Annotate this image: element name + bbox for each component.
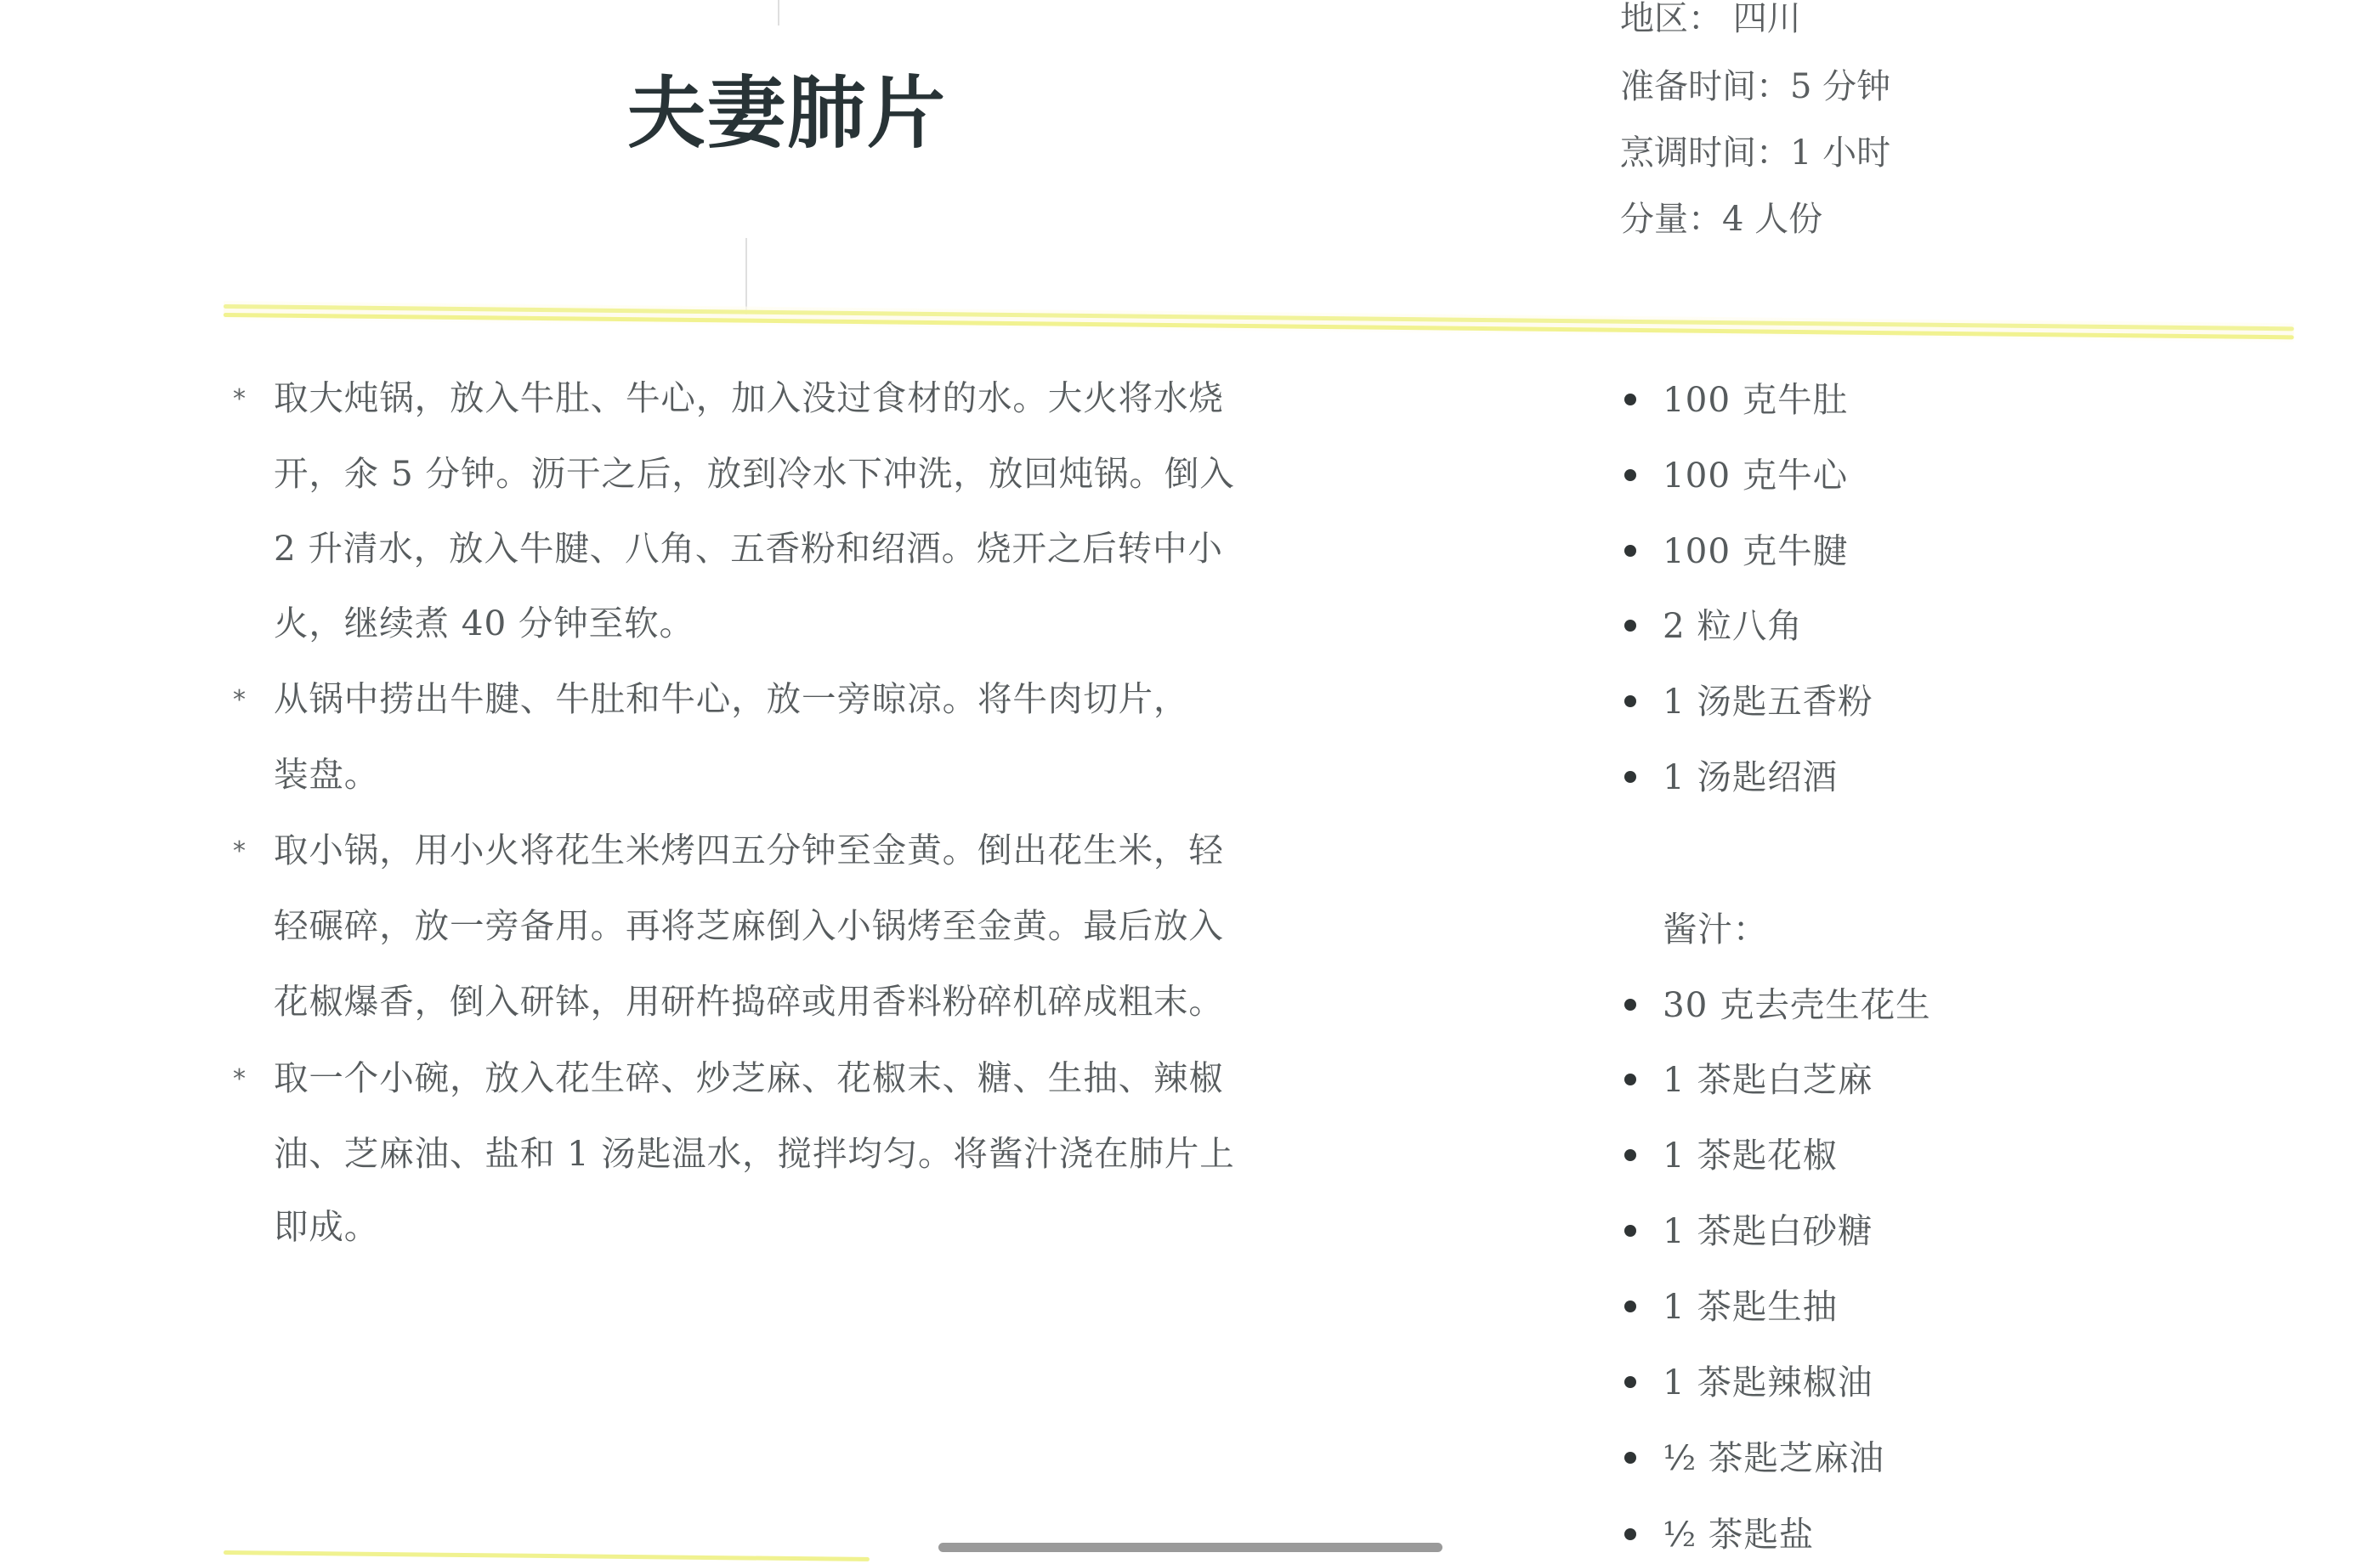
home-indicator[interactable] bbox=[938, 1543, 1442, 1552]
ingredient-item: 1 茶匙花椒 bbox=[1615, 1130, 2125, 1181]
ingredient-label: 1 茶匙辣椒油 bbox=[1663, 1357, 1873, 1408]
ingredient-label: 1 汤匙绍酒 bbox=[1663, 751, 1838, 802]
meta-cook-time: 烹调时间：1 小时 bbox=[1620, 127, 1890, 178]
ingredient-label: 1 茶匙花椒 bbox=[1663, 1130, 1838, 1181]
step-marker-icon: * bbox=[233, 675, 246, 726]
bullet-icon bbox=[1624, 469, 1636, 481]
step-2-line-1: 从锅中捞出牛腱、牛肚和牛心，放一旁晾凉。将牛肉切片， bbox=[274, 673, 1188, 724]
ingredient-item: ½ 茶匙盐 bbox=[1615, 1509, 2125, 1560]
ingredient-item: 100 克牛肚 bbox=[1615, 374, 2125, 425]
bullet-icon bbox=[1624, 620, 1636, 632]
step-1-line-2: 开，氽 5 分钟。沥干之后，放到冷水下冲洗，放回炖锅。倒入 bbox=[274, 448, 1235, 499]
ingredient-item: 100 克牛腱 bbox=[1615, 525, 2125, 576]
ingredient-label: 1 茶匙白芝麻 bbox=[1663, 1054, 1873, 1105]
ingredient-item: 30 克去壳生花生 bbox=[1615, 979, 2125, 1030]
bullet-icon bbox=[1624, 1452, 1636, 1464]
scan-crease bbox=[778, 0, 779, 25]
section-divider bbox=[224, 303, 2294, 343]
step-1-line-4: 火，继续煮 40 分钟至软。 bbox=[274, 598, 694, 649]
bullet-icon bbox=[1624, 1074, 1636, 1085]
step-3-line-2: 轻碾碎，放一旁备用。再将芝麻倒入小锅烤至金黄。最后放入 bbox=[274, 900, 1224, 951]
bullet-icon bbox=[1624, 1300, 1636, 1312]
bullet-icon bbox=[1624, 771, 1636, 783]
step-marker-icon: * bbox=[233, 374, 246, 425]
step-3-line-3: 花椒爆香，倒入研钵，用研杵捣碎或用香料粉碎机碎成粗末。 bbox=[274, 976, 1224, 1027]
ingredient-item: 1 汤匙五香粉 bbox=[1615, 676, 2125, 727]
ingredient-label: 1 茶匙白砂糖 bbox=[1663, 1205, 1873, 1256]
ingredient-label: 1 汤匙五香粉 bbox=[1663, 676, 1873, 727]
ingredient-item: 1 茶匙白芝麻 bbox=[1615, 1054, 2125, 1105]
ingredient-label: 2 粒八角 bbox=[1663, 600, 1803, 651]
bullet-icon bbox=[1624, 394, 1636, 405]
step-2-line-2: 装盘。 bbox=[274, 749, 379, 800]
step-1-line-1: 取大炖锅，放入牛肚、牛心，加入没过食材的水。大火将水烧 bbox=[274, 372, 1224, 423]
ingredient-item: 1 茶匙白砂糖 bbox=[1615, 1205, 2125, 1256]
meta-region: 地区： 四川 bbox=[1620, 0, 1801, 44]
step-3-line-1: 取小锅，用小火将花生米烤四五分钟至金黄。倒出花生米，轻 bbox=[274, 824, 1224, 875]
step-4-line-2: 油、芝麻油、盐和 1 汤匙温水，搅拌均匀。将酱汁浇在肺片上 bbox=[274, 1128, 1235, 1179]
ingredient-label: 1 茶匙生抽 bbox=[1663, 1281, 1838, 1332]
bullet-icon bbox=[1624, 545, 1636, 557]
ingredient-label: 30 克去壳生花生 bbox=[1663, 979, 1931, 1030]
ingredient-label: 100 克牛心 bbox=[1663, 450, 1848, 501]
meta-servings: 分量：4 人份 bbox=[1620, 194, 1822, 245]
bullet-icon bbox=[1624, 999, 1636, 1011]
bullet-icon bbox=[1624, 1149, 1636, 1161]
bullet-icon bbox=[1624, 1225, 1636, 1237]
ingredient-label: 100 克牛腱 bbox=[1663, 525, 1848, 576]
ingredient-item: 1 茶匙辣椒油 bbox=[1615, 1357, 2125, 1408]
ingredient-item: 1 茶匙生抽 bbox=[1615, 1281, 2125, 1332]
sauce-heading: 酱汁： bbox=[1615, 904, 2125, 955]
bullet-icon bbox=[1624, 695, 1636, 707]
step-1-line-3: 2 升清水，放入牛腱、八角、五香粉和绍酒。烧开之后转中小 bbox=[274, 523, 1223, 574]
bullet-icon bbox=[1624, 1376, 1636, 1388]
meta-prep-time: 准备时间：5 分钟 bbox=[1620, 61, 1890, 112]
step-4-line-3: 即成。 bbox=[274, 1201, 379, 1252]
ingredient-label: ½ 茶匙盐 bbox=[1663, 1509, 1814, 1560]
ingredient-item: ½ 茶匙芝麻油 bbox=[1615, 1432, 2125, 1483]
ingredient-item: 2 粒八角 bbox=[1615, 600, 2125, 651]
sauce-heading-label: 酱汁： bbox=[1663, 904, 1768, 955]
bullet-icon bbox=[1624, 1528, 1636, 1540]
recipe-title: 夫妻肺片 bbox=[627, 71, 947, 156]
step-marker-icon: * bbox=[233, 826, 246, 877]
ingredient-label: ½ 茶匙芝麻油 bbox=[1663, 1432, 1884, 1483]
ingredient-item: 1 汤匙绍酒 bbox=[1615, 751, 2125, 802]
bottom-divider bbox=[224, 1549, 870, 1564]
scan-crease bbox=[745, 238, 747, 314]
step-4-line-1: 取一个小碗，放入花生碎、炒芝麻、花椒末、糖、生抽、辣椒 bbox=[274, 1052, 1224, 1103]
ingredient-label: 100 克牛肚 bbox=[1663, 374, 1848, 425]
step-marker-icon: * bbox=[233, 1054, 246, 1105]
ingredient-item: 100 克牛心 bbox=[1615, 450, 2125, 501]
